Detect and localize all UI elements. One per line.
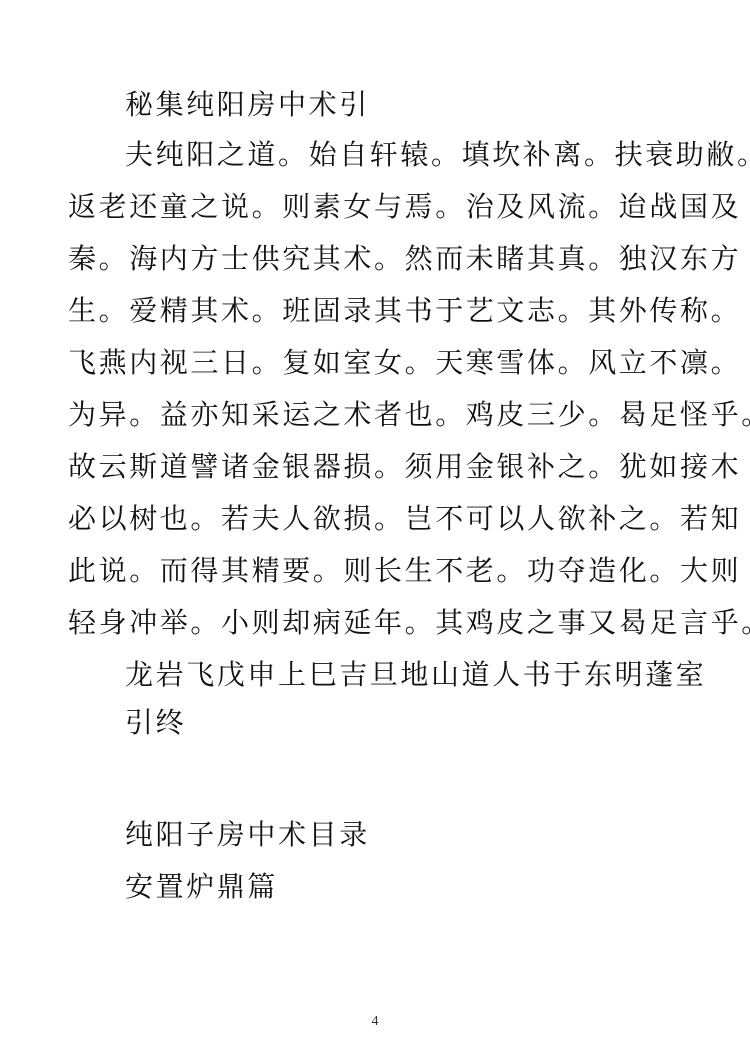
preface-line: 故云斯道譬诸金银器损。须用金银补之。犹如接木 [68, 450, 741, 484]
preface-line: 轻身冲举。小则却病延年。其鸡皮之事又曷足言乎。 [68, 606, 750, 640]
preface-title: 秘集纯阳房中术引 [125, 88, 370, 122]
preface-line: 必以树也。若夫人欲损。岂不可以人欲补之。若知 [68, 502, 741, 536]
preface-line: 返老还童之说。则素女与焉。治及风流。迨战国及 [68, 190, 741, 224]
preface-line: 生。爱精其术。班固录其书于艺文志。其外传称。 [68, 294, 741, 328]
page-number: 4 [0, 1014, 750, 1030]
preface-end: 引终 [125, 706, 186, 740]
preface-line: 秦。海内方士供究其术。然而未睹其真。独汉东方 [68, 242, 741, 276]
toc-title: 纯阳子房中术目录 [125, 818, 370, 852]
toc-item: 安置炉鼎篇 [125, 870, 278, 904]
preface-line: 夫纯阳之道。始自轩辕。填坎补离。扶衰助敝。 [125, 138, 750, 172]
preface-line: 此说。而得其精要。则长生不老。功夺造化。大则 [68, 554, 741, 588]
preface-line: 飞燕内视三日。复如室女。天寒雪体。风立不凛。 [68, 346, 741, 380]
preface-line: 为异。益亦知采运之术者也。鸡皮三少。曷足怪乎。 [68, 398, 750, 432]
signature: 龙岩飞戊申上巳吉旦地山道人书于东明蓬室 [125, 658, 706, 692]
